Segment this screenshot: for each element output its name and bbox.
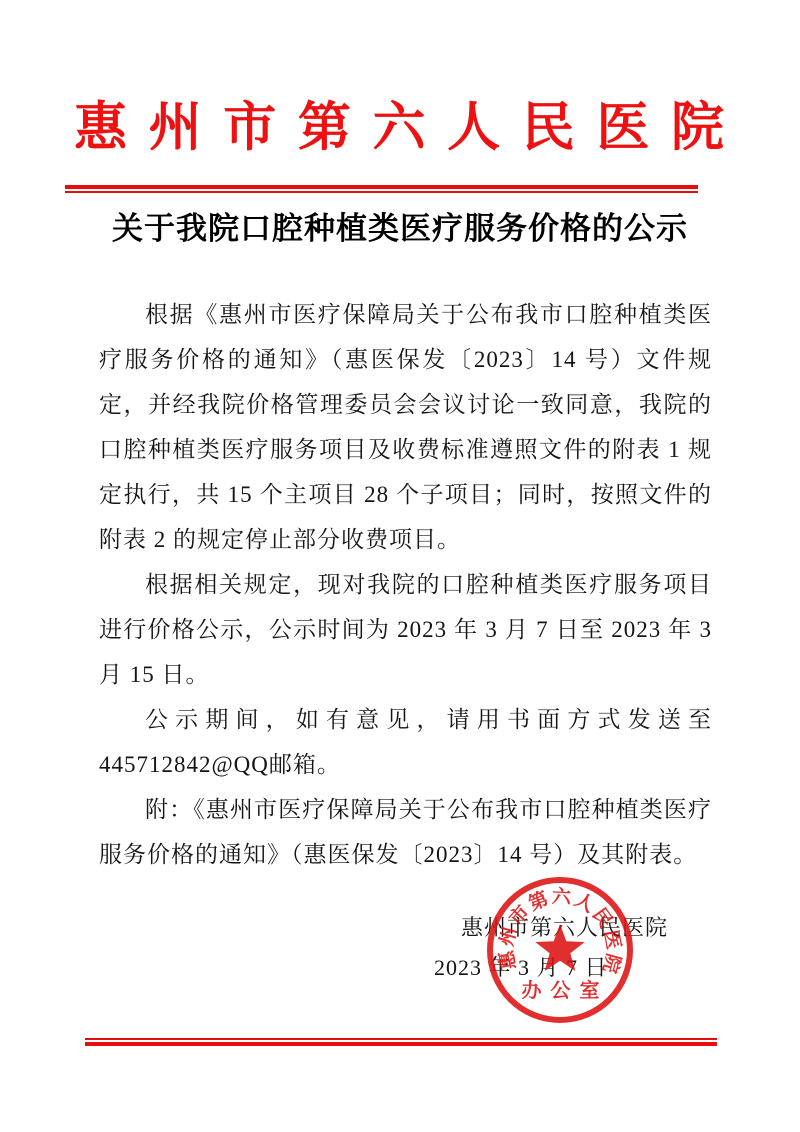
letterhead-rule [65,185,698,193]
letterhead-hospital-name: 惠州市第六人民医院 [74,98,724,158]
official-seal: 惠州市第六人民医院 办公室 [485,875,635,1025]
footer-rule-thick [85,1042,717,1046]
notice-paragraph-3: 公示期间，如有意见，请用书面方式发送至 445712842@QQ邮箱。 [99,697,712,787]
notice-paragraph-1: 根据《惠州市医疗保障局关于公布我市口腔种植类医疗服务价格的通知》（惠医保发〔20… [99,292,712,562]
notice-paragraph-4: 附：《惠州市医疗保障局关于公布我市口腔种植类医疗服务价格的通知》（惠医保发〔20… [99,787,712,877]
letterhead-rule-thin [65,191,698,193]
star-icon [535,924,584,971]
notice-paragraph-2: 根据相关规定，现对我院的口腔种植类医疗服务项目进行价格公示，公示时间为 2023… [99,562,712,697]
seal-bottom-text: 办公室 [522,978,609,1002]
notice-title: 关于我院口腔种植类医疗服务价格的公示 [0,209,800,249]
notice-body: 根据《惠州市医疗保障局关于公布我市口腔种植类医疗服务价格的通知》（惠医保发〔20… [99,292,712,877]
footer-rule [85,1038,717,1046]
